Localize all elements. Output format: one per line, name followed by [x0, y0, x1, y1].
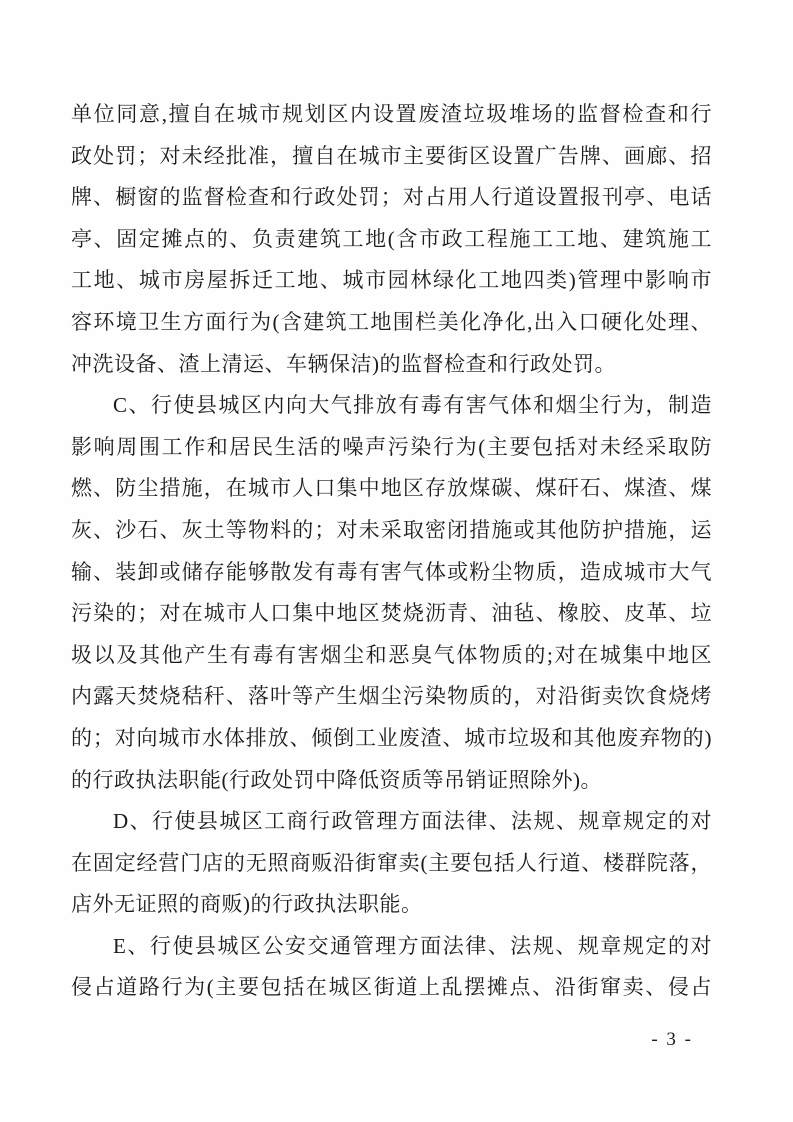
text-line: 输、装卸或储存能够散发有毒有害气体或粉尘物质，造成城市大气 [71, 552, 712, 594]
text-line: 内露天焚烧秸秆、落叶等产生烟尘污染物质的，对沿街卖饮食烧烤 [71, 676, 712, 718]
text-line: 工地、城市房屋拆迁工地、城市园林绿化工地四类)管理中影响市 [71, 260, 712, 302]
text-line: 圾以及其他产生有毒有害烟尘和恶臭气体物质的;对在城集中地区 [71, 635, 712, 677]
text-line: C、行使县城区内向大气排放有毒有害气体和烟尘行为，制造 [71, 385, 712, 427]
page-number: - 3 - [651, 1029, 693, 1051]
text-line: 店外无证照的商贩)的行政执法职能。 [71, 884, 712, 926]
text-line: 政处罚；对未经批准，擅自在城市主要街区设置广告牌、画廊、招 [71, 136, 712, 178]
text-line: 牌、橱窗的监督检查和行政处罚；对占用人行道设置报刊亭、电话 [71, 177, 712, 219]
text-line: 单位同意,擅自在城市规划区内设置废渣垃圾堆场的监督检查和行 [71, 94, 712, 136]
text-line: 的行政执法职能(行政处罚中降低资质等吊销证照除外)。 [71, 760, 712, 802]
text-line: 亭、固定摊点的、负责建筑工地(含市政工程施工工地、建筑施工 [71, 219, 712, 261]
text-line: 容环境卫生方面行为(含建筑工地围栏美化净化,出入口硬化处理、 [71, 302, 712, 344]
text-line: 在固定经营门店的无照商贩沿街窜卖(主要包括人行道、楼群院落， [71, 843, 712, 885]
text-block: 单位同意,擅自在城市规划区内设置废渣垃圾堆场的监督检查和行政处罚；对未经批准，擅… [71, 94, 712, 1009]
text-line: D、行使县城区工商行政管理方面法律、法规、规章规定的对 [71, 801, 712, 843]
text-line: E、行使县城区公安交通管理方面法律、法规、规章规定的对 [71, 926, 712, 968]
text-line: 燃、防尘措施，在城市人口集中地区存放煤碳、煤矸石、煤渣、煤 [71, 468, 712, 510]
text-line: 的；对向城市水体排放、倾倒工业废渣、城市垃圾和其他废弃物的) [71, 718, 712, 760]
text-line: 侵占道路行为(主要包括在城区街道上乱摆摊点、沿街窜卖、侵占 [71, 967, 712, 1009]
text-line: 污染的；对在城市人口集中地区焚烧沥青、油毡、橡胶、皮革、垃 [71, 593, 712, 635]
text-line: 冲洗设备、渣上清运、车辆保洁)的监督检查和行政处罚。 [71, 344, 712, 386]
text-line: 影响周围工作和居民生活的噪声污染行为(主要包括对未经采取防 [71, 427, 712, 469]
text-line: 灰、沙石、灰土等物料的；对未采取密闭措施或其他防护措施，运 [71, 510, 712, 552]
document-page: 单位同意,擅自在城市规划区内设置废渣垃圾堆场的监督检查和行政处罚；对未经批准，擅… [0, 0, 793, 1122]
